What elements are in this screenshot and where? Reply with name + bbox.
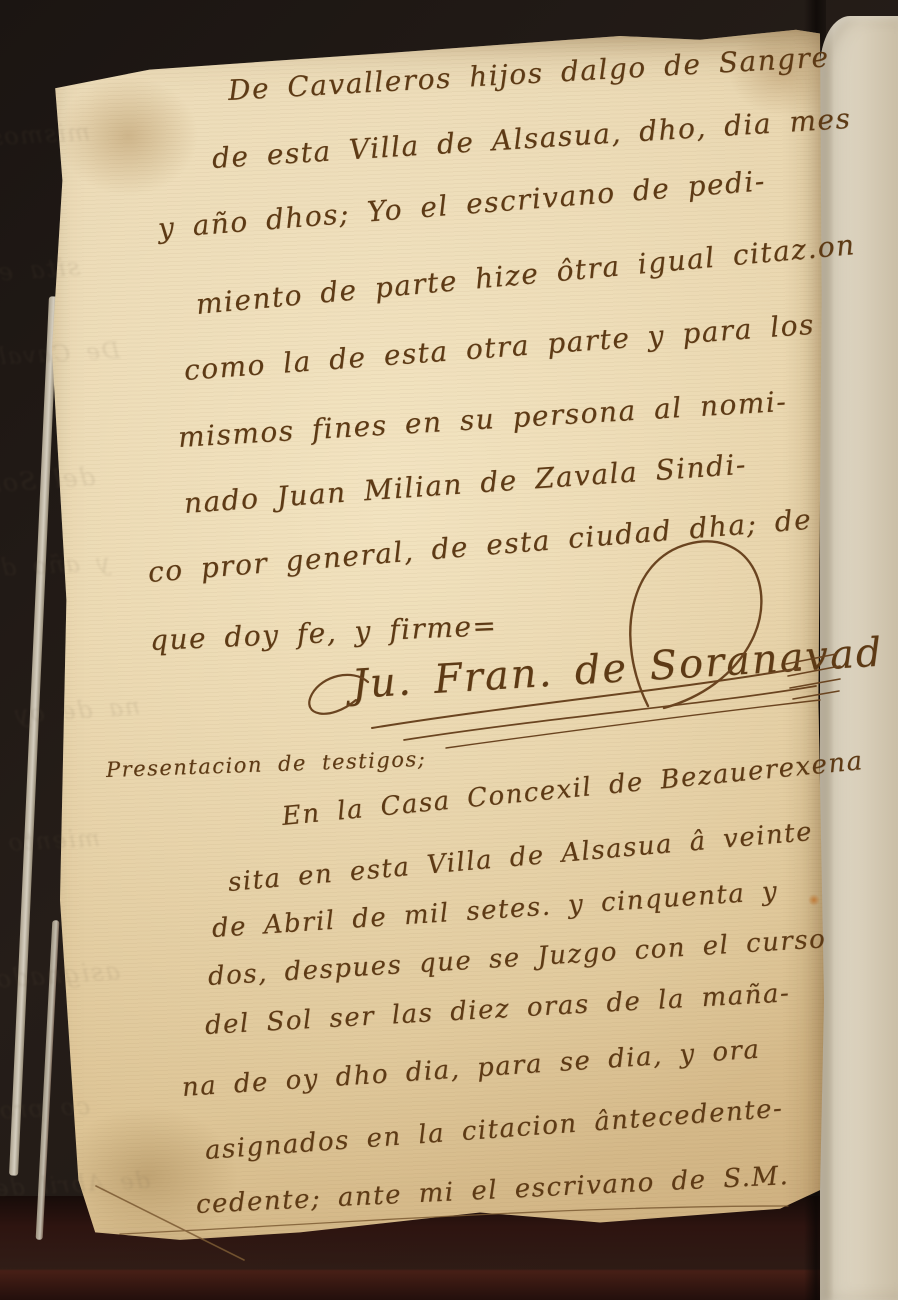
rust-spot bbox=[808, 894, 820, 906]
manuscript-photo: En la Casa Concexil de Bezauerexena como… bbox=[0, 0, 898, 1300]
